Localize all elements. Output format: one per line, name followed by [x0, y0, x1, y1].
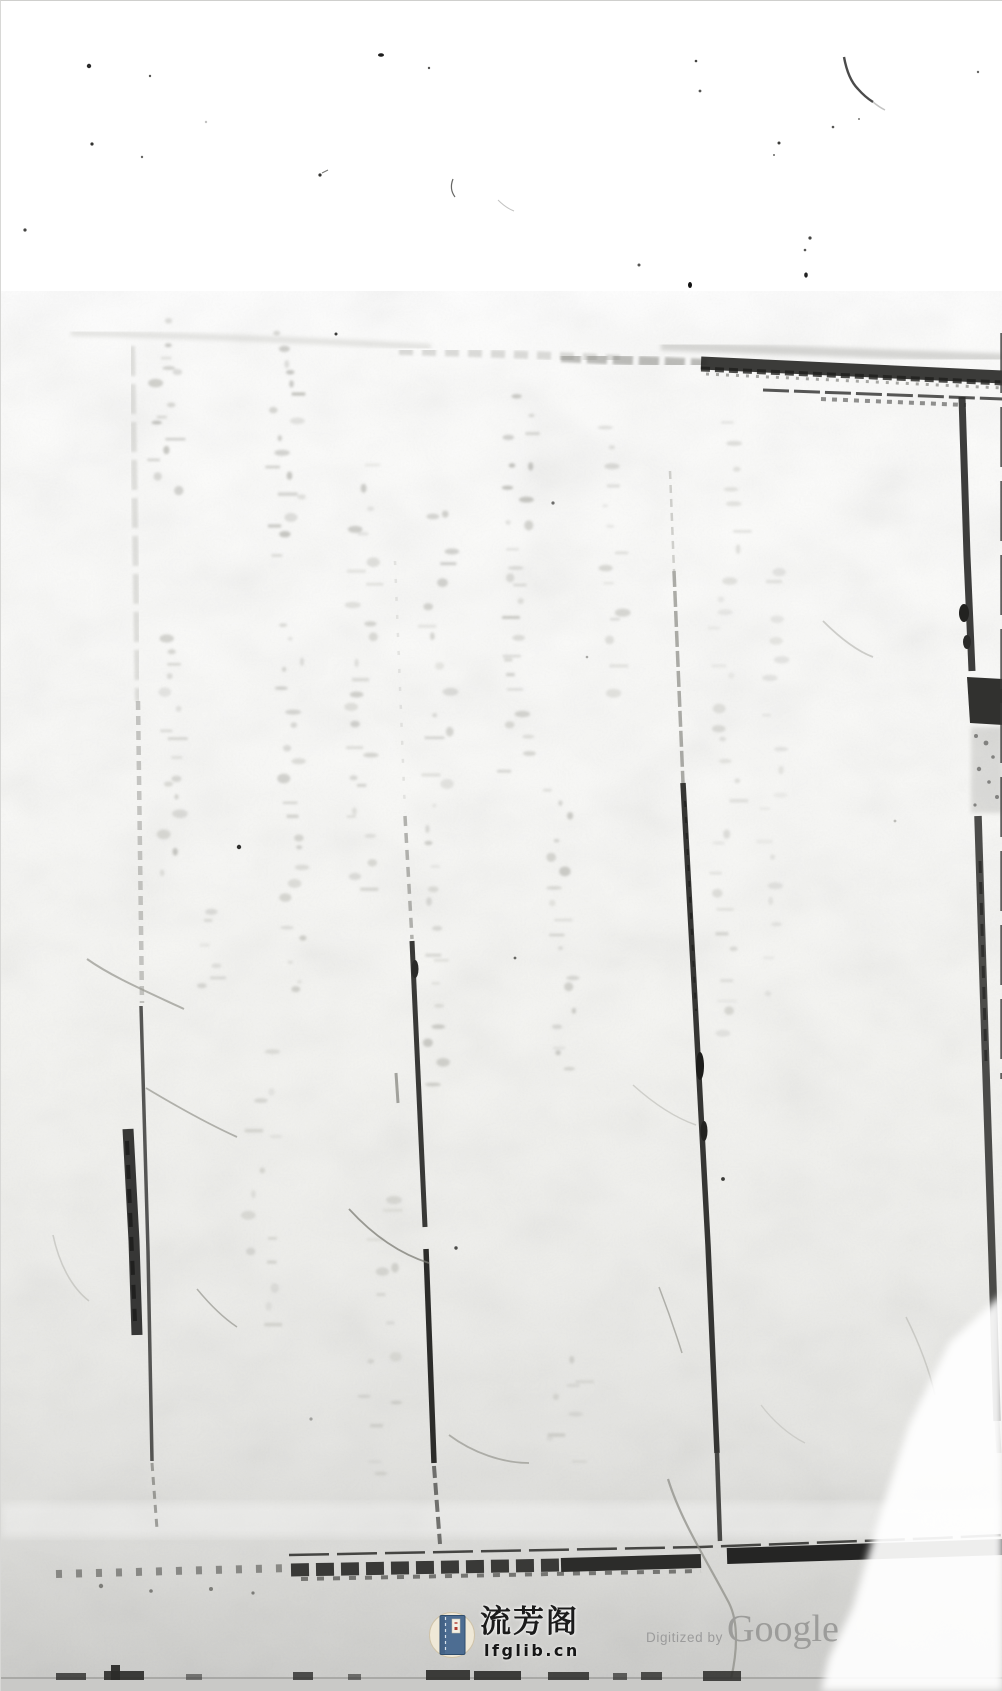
scan-artwork [1, 1, 1002, 1691]
paper-texture [1, 291, 1002, 1691]
watermark-domain: lfglib.cn [484, 1641, 580, 1660]
watermark-title: 流芳阁 [480, 1605, 590, 1639]
digitized-by-label: Digitized by [646, 1630, 723, 1645]
book-icon [430, 1613, 474, 1657]
scanned-book-page: 流芳阁 lfglib.cn Digitized by Google [0, 0, 1002, 1691]
top-dust-specks [23, 53, 979, 288]
watermark-badge [429, 1612, 475, 1658]
google-logo: Google [727, 1607, 839, 1651]
